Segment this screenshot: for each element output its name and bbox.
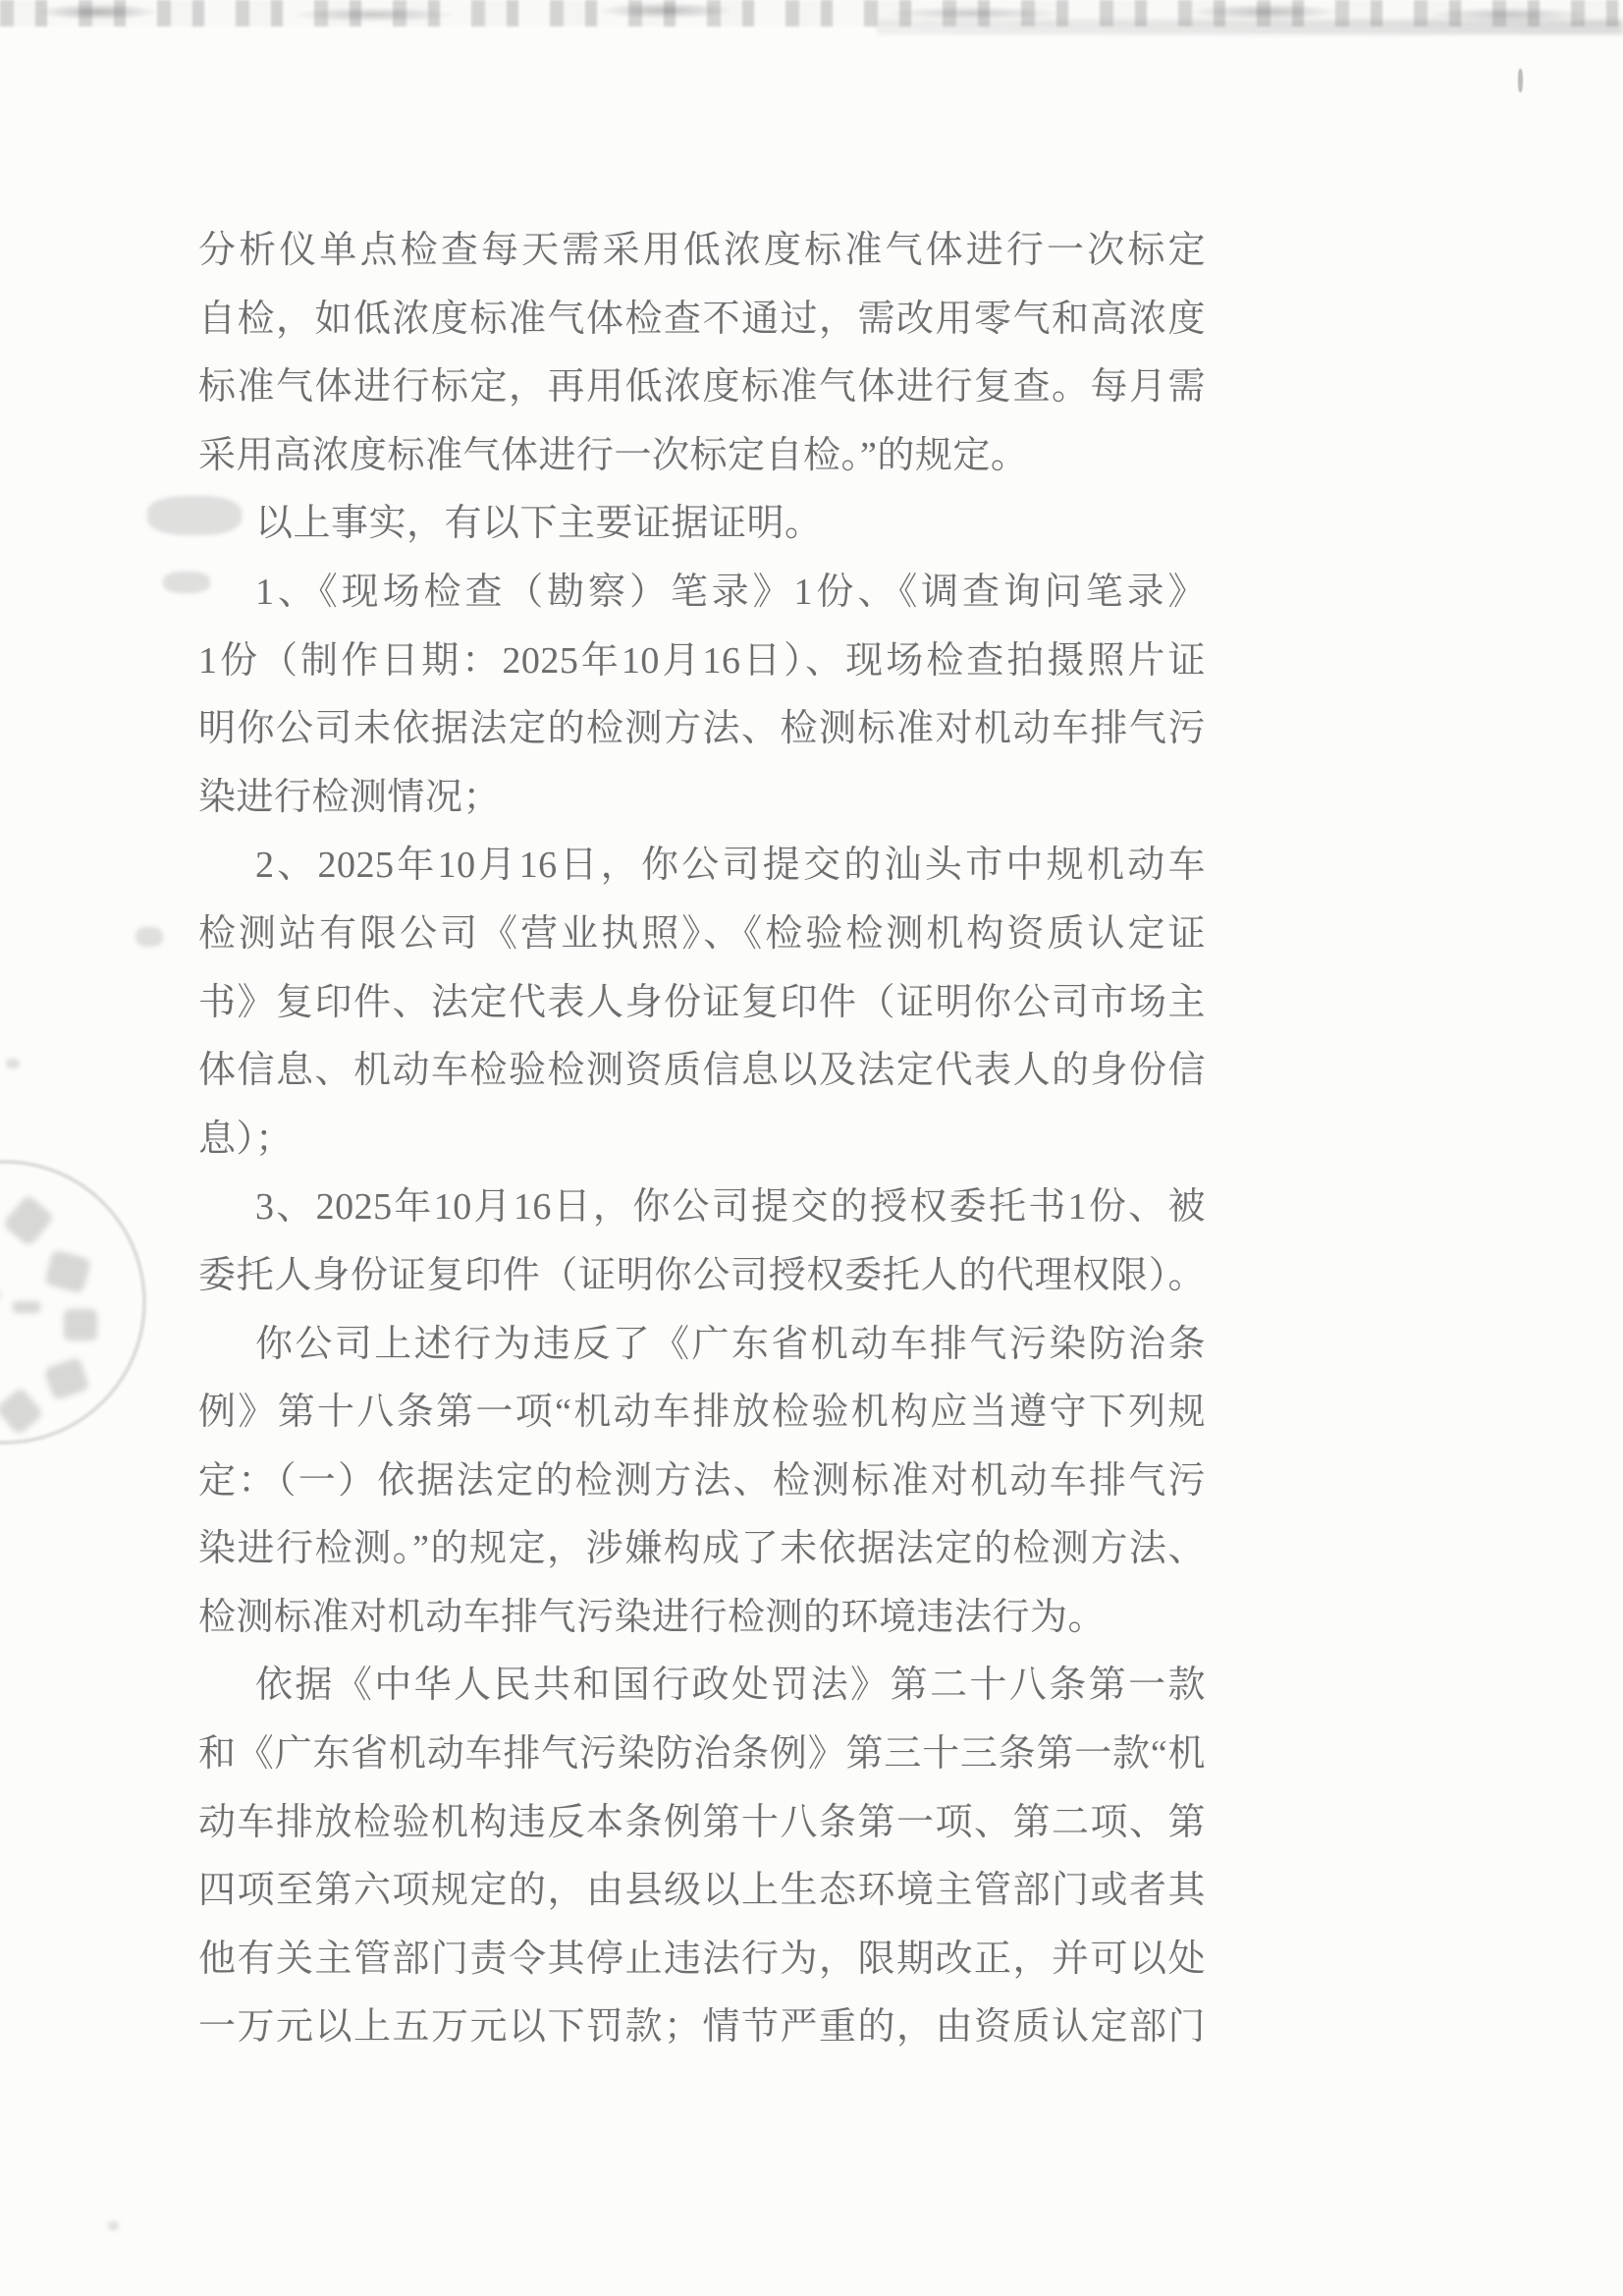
text-line-content: 书》复印件、法定代表人身份证复印件（证明你公司市场主 — [198, 982, 1206, 1023]
text-line-content: 分析仪单点检查每天需采用低浓度标准气体进行一次标定 — [198, 230, 1206, 271]
scan-smudge — [163, 572, 210, 593]
text-line: 依据《中华人民共和国行政处罚法》第二十八条第一款 — [198, 1652, 1206, 1721]
text-line: 检测站有限公司《营业执照》、《检验检测机构资质认定证 — [198, 901, 1206, 969]
seal-smudge — [2, 1194, 54, 1247]
text-line: 标准气体进行标定，再用低浓度标准气体进行复查。每月需 — [198, 354, 1206, 422]
faint-circular-seal — [0, 1160, 146, 1445]
seal-smudge — [44, 1249, 91, 1293]
text-line-content: 2、2025年10月16日，你公司提交的汕头市中规机动车 — [255, 845, 1206, 886]
text-line: 定：（一）依据法定的检测方法、检测标准对机动车排气污 — [198, 1448, 1206, 1516]
text-line: 四项至第六项规定的，由县级以上生态环境主管部门或者其 — [198, 1857, 1206, 1926]
text-line: 体信息、机动车检验检测资质信息以及法定代表人的身份信 — [198, 1037, 1206, 1106]
scan-smudge — [1518, 69, 1523, 92]
text-line-content: 息）； — [198, 1119, 294, 1160]
text-line: 分析仪单点检查每天需采用低浓度标准气体进行一次标定 — [198, 217, 1206, 286]
text-line: 书》复印件、法定代表人身份证复印件（证明你公司市场主 — [198, 969, 1206, 1038]
text-line: 明你公司未依据法定的检测方法、检测标准对机动车排气污 — [198, 695, 1206, 764]
text-line-content: 委托人身份证复印件（证明你公司授权委托人的代理权限）。 — [198, 1255, 1206, 1296]
text-line: 以上事实，有以下主要证据证明。 — [198, 490, 1206, 559]
text-line-content: 检测标准对机动车排气污染进行检测的环境违法行为。 — [198, 1597, 1106, 1638]
text-line-content: 采用高浓度标准气体进行一次标定自检。”的规定。 — [198, 435, 1028, 476]
text-line-content: 检测站有限公司《营业执照》、《检验检测机构资质认定证 — [198, 913, 1206, 955]
text-line: 和《广东省机动车排气污染防治条例》第三十三条第一款“机 — [198, 1721, 1206, 1789]
text-line: 检测标准对机动车排气污染进行检测的环境违法行为。 — [198, 1584, 1206, 1653]
document-body: 分析仪单点检查每天需采用低浓度标准气体进行一次标定自检，如低浓度标准气体检查不通… — [198, 217, 1206, 2062]
text-line: 染进行检测情况； — [198, 764, 1206, 833]
text-line-content: 以上事实，有以下主要证据证明。 — [255, 503, 823, 544]
text-line-content: 1、《现场检查（勘察）笔录》1份、《调查询问笔录》 — [255, 572, 1206, 613]
seal-smudge — [43, 1357, 89, 1401]
scan-smudge — [6, 1059, 20, 1068]
text-line-content: 1份（制作日期：2025年10月16日）、现场检查拍摄照片证 — [198, 640, 1206, 682]
text-line-content: 四项至第六项规定的，由县级以上生态环境主管部门或者其 — [198, 1870, 1206, 1911]
text-line-content: 你公司上述行为违反了《广东省机动车排气污染防治条 — [255, 1324, 1206, 1365]
seal-smudge — [64, 1309, 97, 1340]
text-line: 一万元以上五万元以下罚款；情节严重的，由资质认定部门 — [198, 1994, 1206, 2062]
text-line-content: 明你公司未依据法定的检测方法、检测标准对机动车排气污 — [198, 708, 1206, 749]
scanner-edge-artifact-secondary — [877, 20, 1623, 34]
text-line: 自检，如低浓度标准气体检查不通过，需改用零气和高浓度 — [198, 286, 1206, 355]
text-line: 1份（制作日期：2025年10月16日）、现场检查拍摄照片证 — [198, 628, 1206, 696]
text-line-content: 染进行检测。”的规定，涉嫌构成了未依据法定的检测方法、 — [198, 1528, 1206, 1569]
text-line: 例》第十八条第一项“机动车排放检验机构应当遵守下列规 — [198, 1379, 1206, 1448]
scan-smudge — [147, 496, 242, 535]
text-line-content: 和《广东省机动车排气污染防治条例》第三十三条第一款“机 — [198, 1733, 1206, 1775]
scan-smudge — [108, 2221, 119, 2230]
text-line-content: 体信息、机动车检验检测资质信息以及法定代表人的身份信 — [198, 1050, 1206, 1091]
text-line: 委托人身份证复印件（证明你公司授权委托人的代理权限）。 — [198, 1242, 1206, 1311]
text-line: 息）； — [198, 1106, 1206, 1175]
text-line-content: 3、2025年10月16日，你公司提交的授权委托书1份、被 — [255, 1186, 1206, 1228]
text-line-content: 定：（一）依据法定的检测方法、检测标准对机动车排气污 — [198, 1460, 1206, 1502]
text-line: 2、2025年10月16日，你公司提交的汕头市中规机动车 — [198, 832, 1206, 901]
scanned-document-page: 分析仪单点检查每天需采用低浓度标准气体进行一次标定自检，如低浓度标准气体检查不通… — [0, 0, 1623, 2296]
text-line-content: 自检，如低浓度标准气体检查不通过，需改用零气和高浓度 — [198, 299, 1206, 340]
text-line: 1、《现场检查（勘察）笔录》1份、《调查询问笔录》 — [198, 559, 1206, 628]
text-line-content: 依据《中华人民共和国行政处罚法》第二十八条第一款 — [255, 1665, 1206, 1706]
text-line: 你公司上述行为违反了《广东省机动车排气污染防治条 — [198, 1311, 1206, 1380]
text-line-content: 动车排放检验机构违反本条例第十八条第一项、第二项、第 — [198, 1802, 1206, 1843]
text-line: 采用高浓度标准气体进行一次标定自检。”的规定。 — [198, 422, 1206, 491]
text-line-content: 染进行检测情况； — [198, 777, 501, 818]
text-line-content: 他有关主管部门责令其停止违法行为，限期改正，并可以处 — [198, 1939, 1206, 1980]
text-line: 染进行检测。”的规定，涉嫌构成了未依据法定的检测方法、 — [198, 1515, 1206, 1584]
text-line-content: 标准气体进行标定，再用低浓度标准气体进行复查。每月需 — [198, 366, 1206, 408]
scan-smudge — [135, 927, 163, 947]
text-line: 他有关主管部门责令其停止违法行为，限期改正，并可以处 — [198, 1926, 1206, 1995]
seal-smudge — [13, 1301, 40, 1313]
seal-smudge — [0, 1387, 44, 1435]
text-line: 3、2025年10月16日，你公司提交的授权委托书1份、被 — [198, 1174, 1206, 1242]
text-line-content: 一万元以上五万元以下罚款；情节严重的，由资质认定部门 — [198, 2006, 1206, 2048]
text-line: 动车排放检验机构违反本条例第十八条第一项、第二项、第 — [198, 1789, 1206, 1858]
text-line-content: 例》第十八条第一项“机动车排放检验机构应当遵守下列规 — [198, 1392, 1206, 1433]
